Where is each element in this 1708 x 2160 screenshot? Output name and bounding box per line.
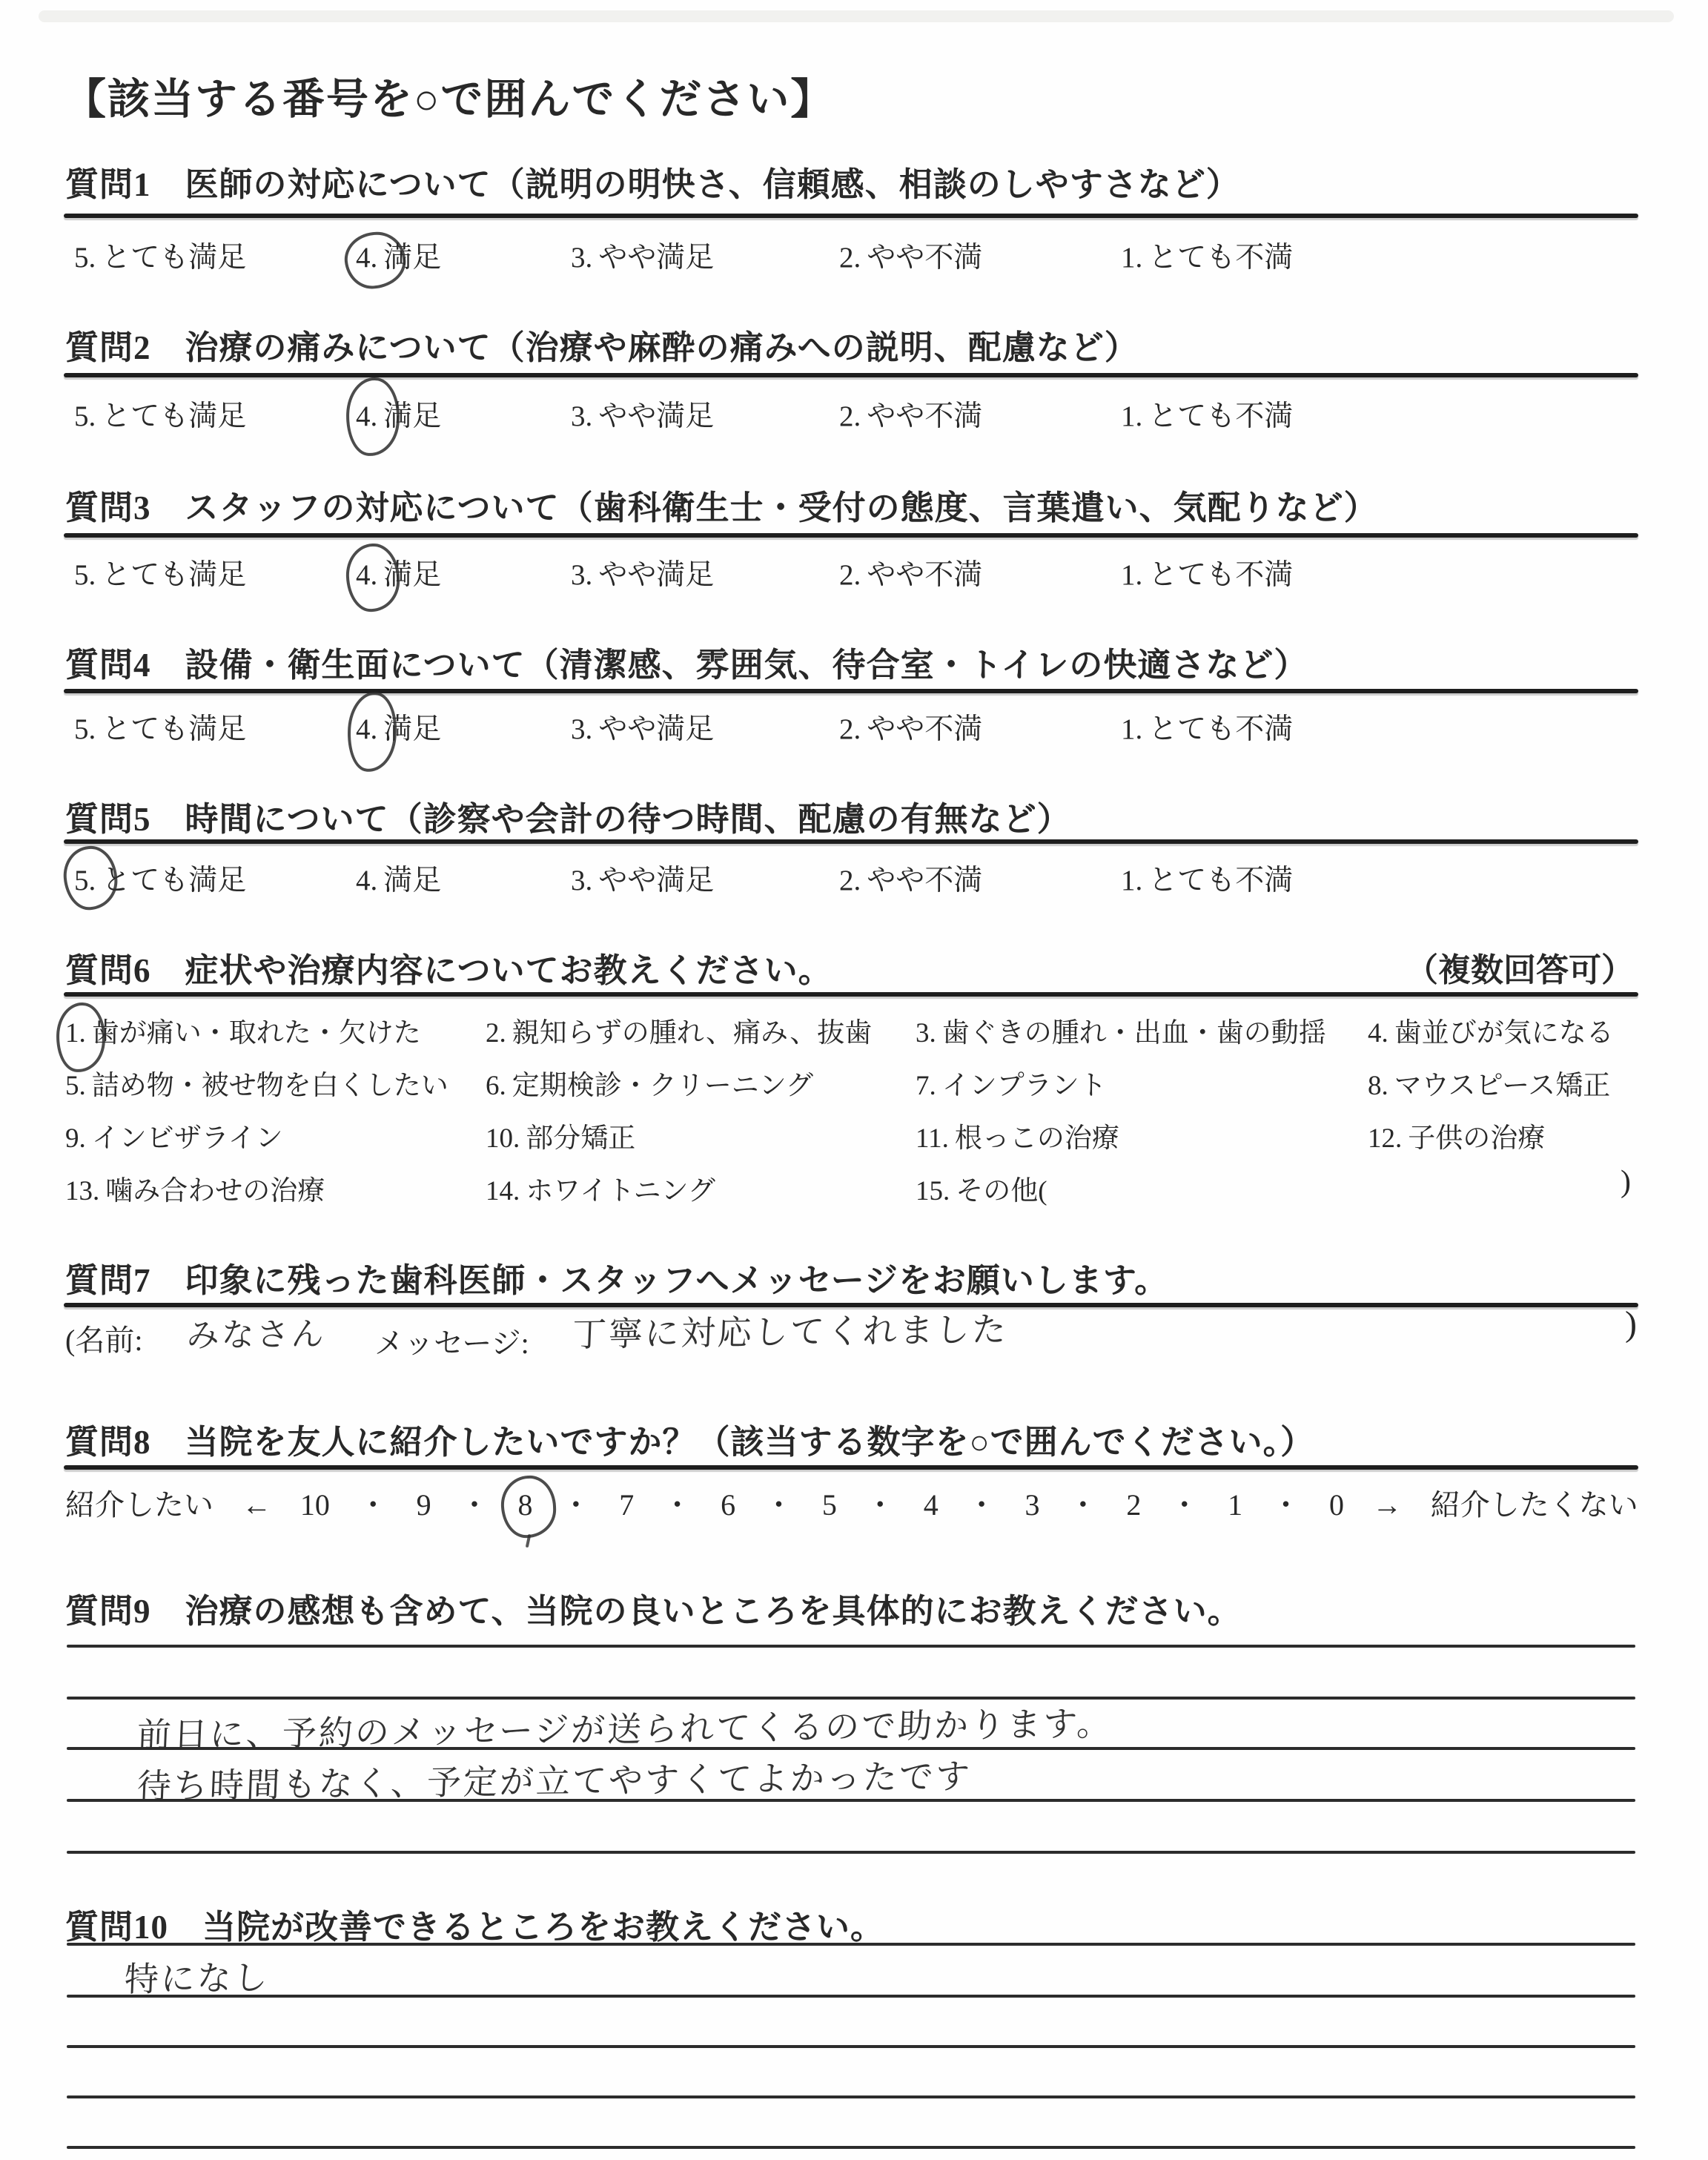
question-8-heading: 質問8 当院を友人に紹介したいですか？（該当する数字を○で囲んでください。） <box>65 1415 1314 1463</box>
heading-underline <box>64 373 1638 377</box>
message-label: メッセージ: <box>374 1320 529 1362</box>
nps-1: 1 <box>1228 1487 1242 1522</box>
q6-item-7: 7.インプラント <box>916 1063 1107 1103</box>
option-1: 1.とても不満 <box>1121 234 1293 276</box>
question-6-heading: 質問6 症状や治療内容についてお教えください。 <box>65 943 833 991</box>
heading-underline <box>64 1465 1638 1470</box>
question-1-heading: 質問1 医師の対応について（説明の明快さ、信頼感、相談のしやすさなど） <box>65 157 1240 205</box>
answer-line <box>67 1747 1635 1750</box>
option-5: 5.とても満足 <box>74 393 246 435</box>
option-5: 5.とても満足 <box>74 706 246 747</box>
dot-separator: ・ <box>561 1482 591 1524</box>
nps-scale-row: 紹介したい ← 10 ・ 9 ・ 8 ・ 7 ・ 6 ・ 5 ・ 4 ・ 3 ・… <box>65 1482 1638 1524</box>
nps-3: 3 <box>1025 1487 1040 1522</box>
nps-9: 9 <box>417 1487 431 1522</box>
dot-separator: ・ <box>1068 1482 1098 1524</box>
multiple-answers-note: （複数回答可） <box>1406 943 1634 991</box>
q6-item-10: 10.部分矯正 <box>486 1115 635 1155</box>
dot-separator: ・ <box>967 1482 996 1524</box>
answer-line <box>67 2095 1635 2098</box>
nps-10: 10 <box>300 1487 330 1522</box>
dot-separator: ・ <box>865 1482 895 1524</box>
dot-separator: ・ <box>1170 1482 1199 1524</box>
question-7-heading: 質問7 印象に残った歯科医師・スタッフへメッセージをお願いします。 <box>65 1253 1168 1301</box>
scanned-survey-form: 【該当する番号を○で囲んでください】 質問1 医師の対応について（説明の明快さ、… <box>0 0 1708 2160</box>
q6-item-15-other: 15.その他( <box>916 1168 1047 1208</box>
nps-4: 4 <box>924 1487 939 1522</box>
option-3: 3.やや満足 <box>571 857 714 899</box>
question-5-options: 5.とても満足 4.満足 3.やや満足 2.やや不満 1.とても不満 <box>0 857 1708 909</box>
handwritten-message: 丁寧に対応してくれました <box>572 1302 1010 1356</box>
q6-item-11: 11.根っこの治療 <box>916 1115 1119 1155</box>
q6-item-12: 12.子供の治療 <box>1368 1115 1545 1155</box>
dot-separator: ・ <box>460 1482 489 1524</box>
dot-separator: ・ <box>764 1482 793 1524</box>
option-4: 4.満足 <box>356 857 441 899</box>
left-arrow-icon: ← <box>242 1487 271 1522</box>
option-4-circled: 4.満足 <box>356 552 441 593</box>
option-4-circled: 4.満足 <box>356 234 441 276</box>
option-3: 3.やや満足 <box>571 393 714 435</box>
right-arrow-icon: → <box>1372 1487 1402 1522</box>
option-2: 2.やや不満 <box>839 234 982 276</box>
option-2: 2.やや不満 <box>839 706 982 747</box>
answer-line <box>67 1799 1635 1802</box>
q6-item-14: 14.ホワイトニング <box>486 1168 715 1208</box>
option-1: 1.とても不満 <box>1121 552 1293 593</box>
q6-item-2: 2.親知らずの腫れ、痛み、抜歯 <box>486 1010 872 1050</box>
nps-6: 6 <box>721 1487 735 1522</box>
question-1-options: 5.とても満足 4.満足 3.やや満足 2.やや不満 1.とても不満 <box>0 234 1708 286</box>
question-3-options: 5.とても満足 4.満足 3.やや満足 2.やや不満 1.とても不満 <box>0 552 1708 604</box>
q6-item-3: 3.歯ぐきの腫れ・出血・歯の動揺 <box>916 1010 1326 1050</box>
option-5: 5.とても満足 <box>74 234 246 276</box>
question-10-heading: 質問10 当院が改善できるところをお教えください。 <box>65 1900 884 1948</box>
heading-underline <box>64 689 1638 693</box>
q6-item-4: 4.歯並びが気になる <box>1368 1010 1614 1050</box>
answer-line <box>67 1645 1635 1648</box>
option-2: 2.やや不満 <box>839 552 982 593</box>
dot-separator: ・ <box>663 1482 692 1524</box>
option-5-circled: 5.とても満足 <box>74 857 246 899</box>
question-4-options: 5.とても満足 4.満足 3.やや満足 2.やや不満 1.とても不満 <box>0 706 1708 758</box>
heading-underline <box>64 214 1638 218</box>
nps-2: 2 <box>1126 1487 1141 1522</box>
answer-line <box>67 1851 1635 1854</box>
question-2-options: 5.とても満足 4.満足 3.やや満足 2.やや不満 1.とても不満 <box>0 393 1708 445</box>
option-4-circled: 4.満足 <box>356 706 441 747</box>
dot-separator: ・ <box>1271 1482 1301 1524</box>
option-5: 5.とても満足 <box>74 552 246 593</box>
option-2: 2.やや不満 <box>839 857 982 899</box>
option-3: 3.やや満足 <box>571 552 714 593</box>
nps-5: 5 <box>822 1487 837 1522</box>
name-label: (名前: <box>65 1317 142 1359</box>
q6-item-9: 9.インビザライン <box>65 1115 283 1155</box>
answer-line <box>67 2146 1635 2149</box>
q6-item-6: 6.定期検診・クリーニング <box>486 1063 813 1103</box>
q6-item-13: 13.噛み合わせの治療 <box>65 1168 325 1208</box>
handwritten-name: みなさん <box>186 1307 328 1356</box>
question-3-heading: 質問3 スタッフの対応について（歯科衛生士・受付の態度、言葉遣い、気配りなど） <box>65 480 1378 529</box>
option-2: 2.やや不満 <box>839 393 982 435</box>
question-9-heading: 質問9 治療の感想も含めて、当院の良いところを具体的にお教えください。 <box>65 1584 1242 1632</box>
question-2-heading: 質問2 治療の痛みについて（治療や麻酔の痛みへの説明、配慮など） <box>65 320 1139 369</box>
option-1: 1.とても不満 <box>1121 393 1293 435</box>
answer-line <box>67 1943 1635 1946</box>
q6-item-5: 5.詰め物・被せ物を白くしたい <box>65 1063 448 1103</box>
close-paren: ) <box>1625 1304 1637 1344</box>
nps-right-label: 紹介したくない <box>1431 1482 1638 1524</box>
handwritten-answer: 特になし <box>124 1951 271 2001</box>
answer-line <box>67 2045 1635 2048</box>
nps-0: 0 <box>1329 1487 1344 1522</box>
q6-item-1-circled: 1.歯が痛い・取れた・欠けた <box>65 1010 421 1050</box>
answer-line <box>67 1995 1635 1998</box>
scan-artifact-band <box>39 10 1674 22</box>
option-4-circled: 4.満足 <box>356 393 441 435</box>
option-3: 3.やや満足 <box>571 234 714 276</box>
q6-item-8: 8.マウスピース矯正 <box>1368 1063 1610 1103</box>
option-3: 3.やや満足 <box>571 706 714 747</box>
form-title: 【該当する番号を○で囲んでください】 <box>64 65 834 126</box>
heading-underline <box>64 992 1638 997</box>
heading-underline <box>64 839 1638 844</box>
nps-7: 7 <box>619 1487 634 1522</box>
nps-left-label: 紹介したい <box>65 1482 213 1524</box>
q6-other-close-paren: ) <box>1621 1164 1631 1200</box>
heading-underline <box>64 533 1638 538</box>
dot-separator: ・ <box>358 1482 388 1524</box>
question-5-heading: 質問5 時間について（診察や会計の待つ時間、配慮の有無など） <box>65 792 1071 840</box>
option-1: 1.とても不満 <box>1121 706 1293 747</box>
question-4-heading: 質問4 設備・衛生面について（清潔感、雰囲気、待合室・トイレの快適さなど） <box>65 638 1308 686</box>
option-1: 1.とても不満 <box>1121 857 1293 899</box>
nps-8-circled: 8 <box>517 1487 532 1522</box>
